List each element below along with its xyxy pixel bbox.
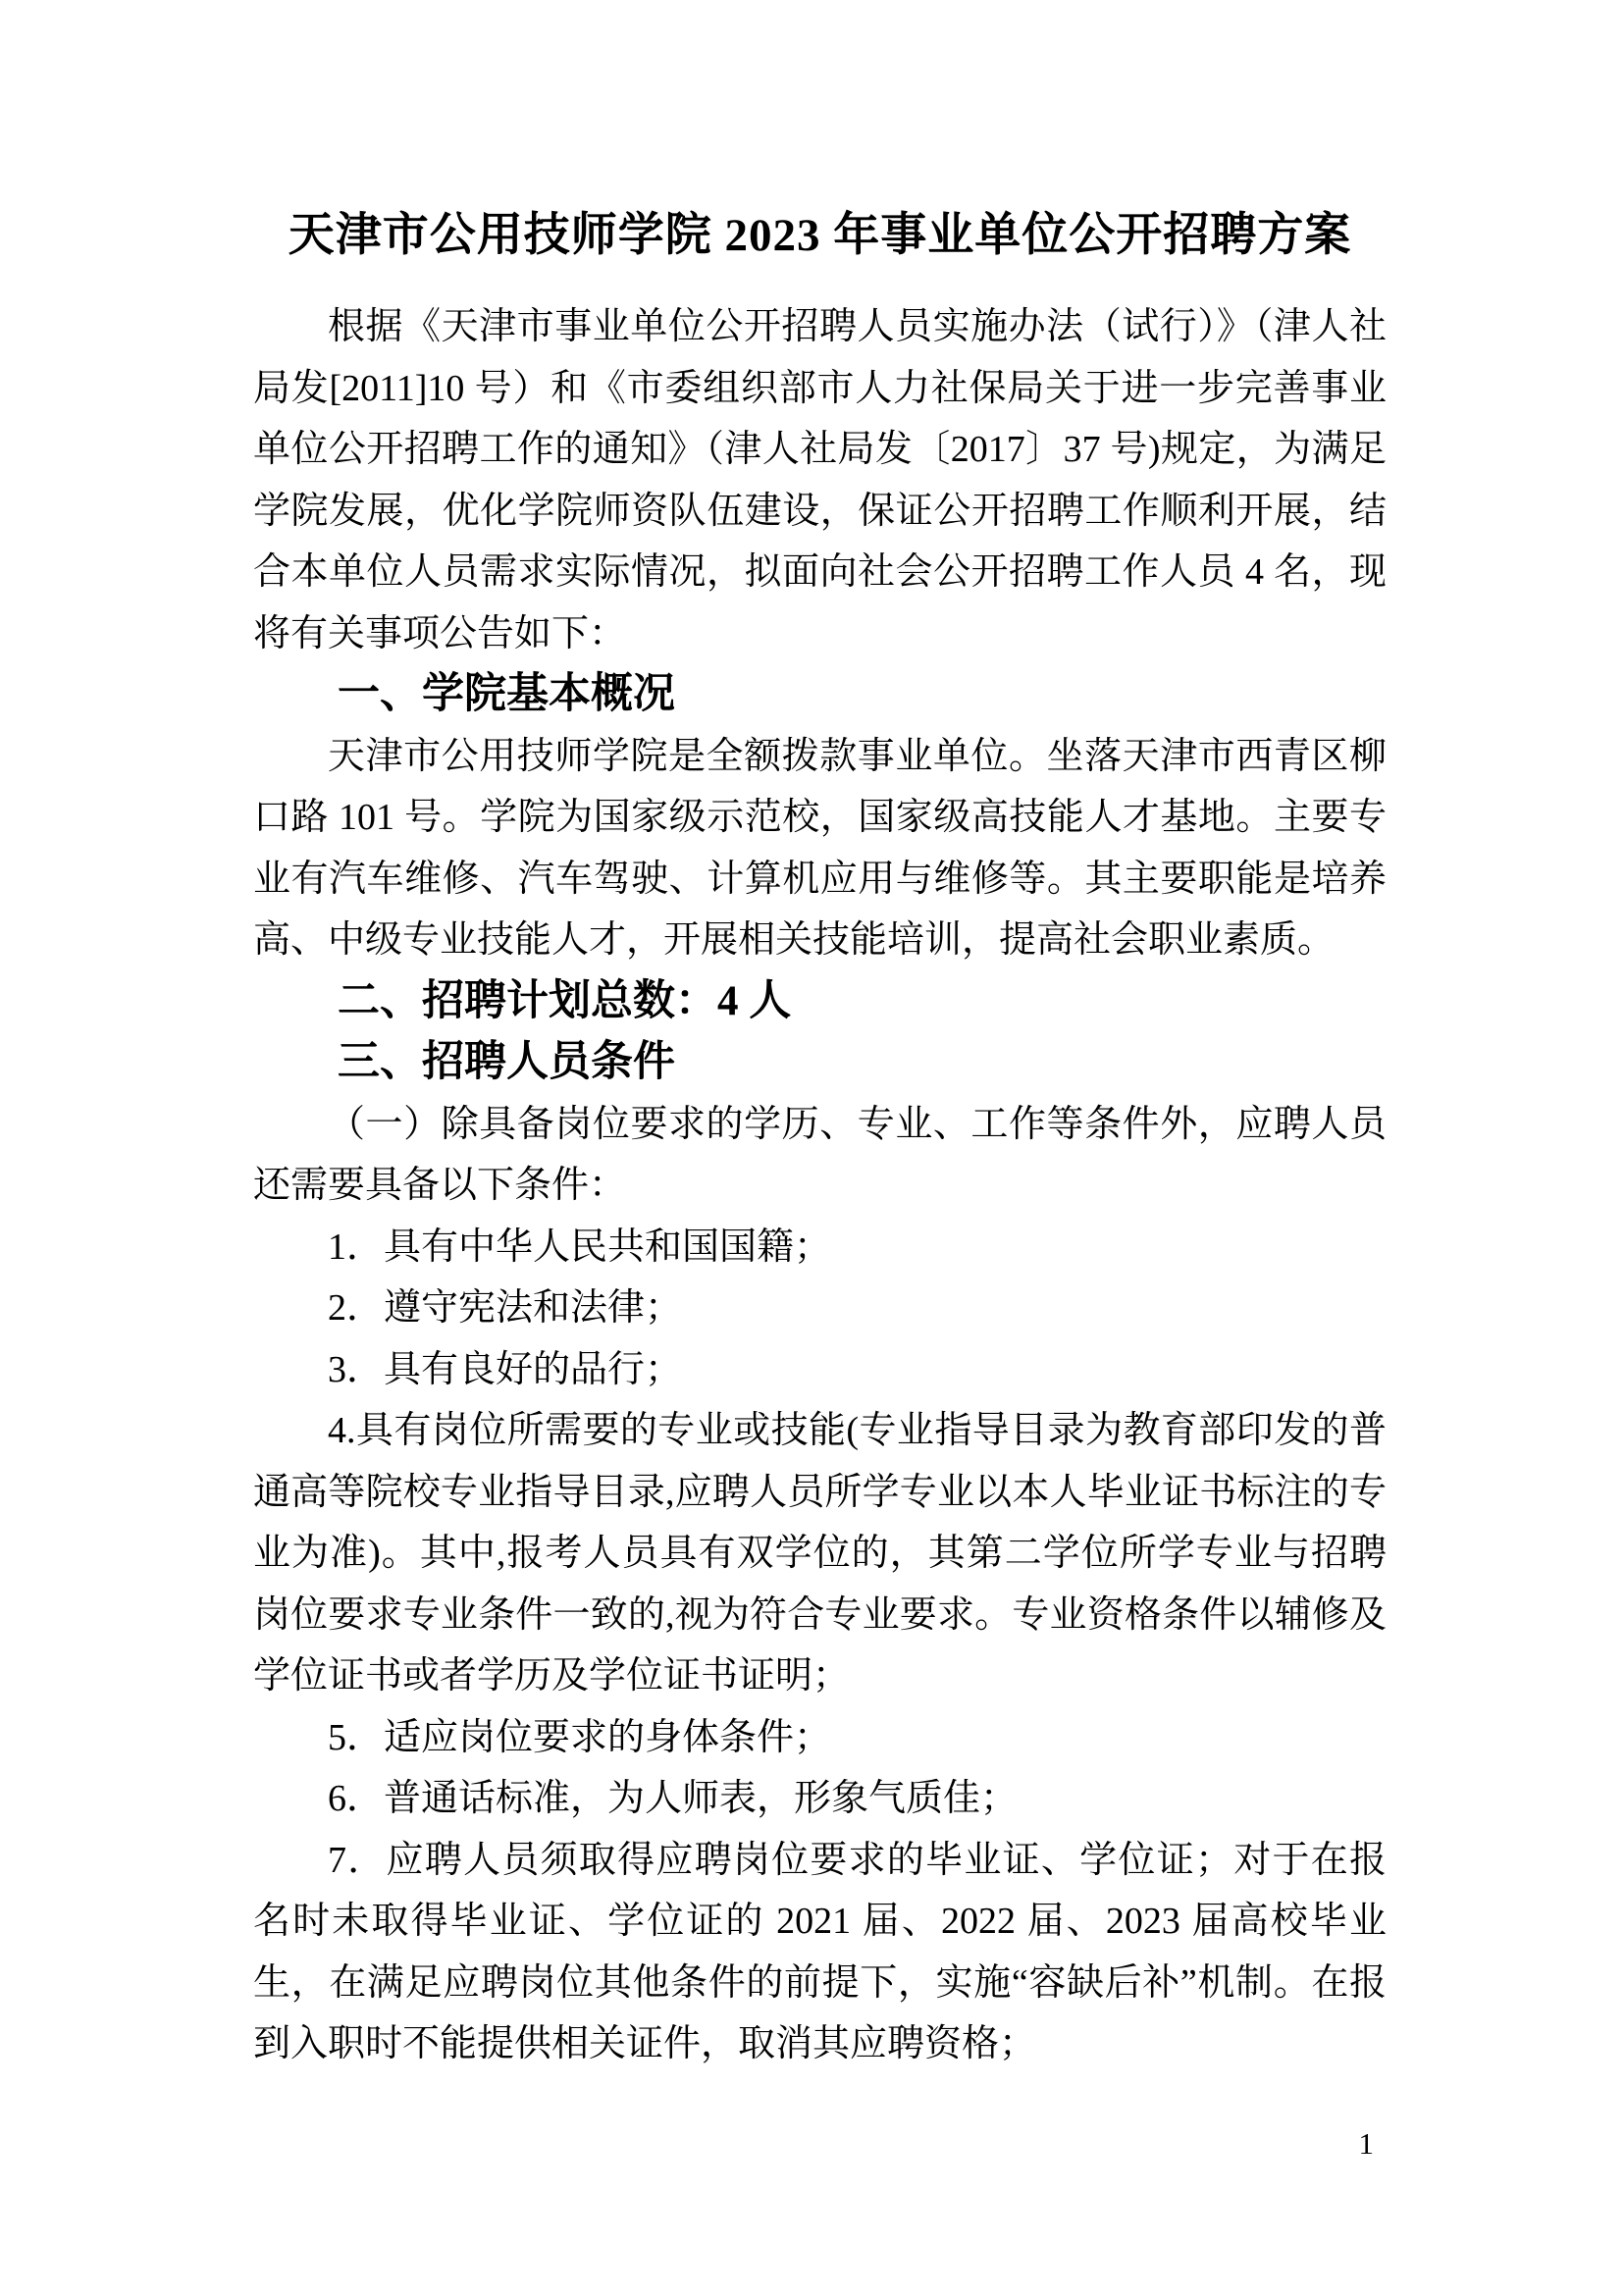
paragraph: 3．具有良好的品行； <box>253 1339 1387 1401</box>
paragraph: 7．应聘人员须取得应聘岗位要求的毕业证、学位证；对于在报名时未取得毕业证、学位证… <box>253 1830 1387 2075</box>
section-heading: 一、学院基本概况 <box>253 664 1387 726</box>
document-title: 天津市公用技师学院 2023 年事业单位公开招聘方案 <box>0 0 1624 296</box>
page-footer: 1 <box>1359 2125 1375 2163</box>
paragraph: 4.具有岗位所需要的专业或技能(专业指导目录为教育部印发的普通高等院校专业指导目… <box>253 1400 1387 1707</box>
document-body: 根据《天津市事业单位公开招聘人员实施办法（试行）》（津人社局发[2011]10 … <box>0 296 1624 2075</box>
paragraph: 根据《天津市事业单位公开招聘人员实施办法（试行）》（津人社局发[2011]10 … <box>253 296 1387 664</box>
paragraph: 5．适应岗位要求的身体条件； <box>253 1707 1387 1769</box>
section-heading: 二、招聘计划总数：4 人 <box>253 971 1387 1033</box>
paragraph: 1．具有中华人民共和国国籍； <box>253 1217 1387 1278</box>
document-page: 天津市公用技师学院 2023 年事业单位公开招聘方案 根据《天津市事业单位公开招… <box>0 0 1624 2296</box>
paragraph: 6．普通话标准，为人师表，形象气质佳； <box>253 1768 1387 1830</box>
paragraph: （一）除具备岗位要求的学历、专业、工作等条件外，应聘人员还需要具备以下条件： <box>253 1094 1387 1217</box>
paragraph: 天津市公用技师学院是全额拨款事业单位。坐落天津市西青区柳口路 101 号。学院为… <box>253 726 1387 971</box>
paragraph: 2．遵守宪法和法律； <box>253 1278 1387 1339</box>
section-heading: 三、招聘人员条件 <box>253 1032 1387 1094</box>
page-number: 1 <box>1359 2126 1375 2161</box>
